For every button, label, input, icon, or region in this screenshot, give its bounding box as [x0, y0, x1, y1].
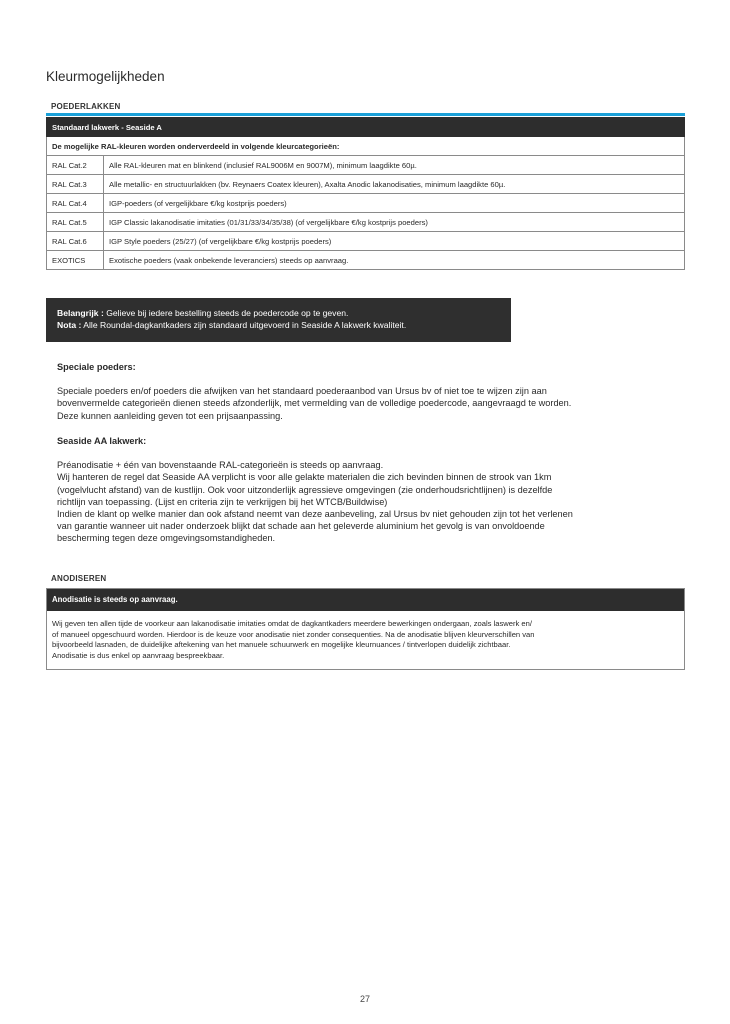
important-line: Belangrijk : Gelieve bij iedere bestelli…: [57, 307, 511, 319]
speciale-poeders-section: Speciale poeders: Speciale poeders en/of…: [57, 361, 687, 422]
anodiseren-box: Anodisatie is steeds op aanvraag. Wij ge…: [46, 588, 685, 670]
nota-label: Nota :: [57, 320, 81, 330]
important-text: Gelieve bij iedere bestelling steeds de …: [104, 308, 349, 318]
anodiseren-box-title: Anodisatie is steeds op aanvraag.: [47, 589, 684, 611]
table-row: EXOTICS Exotische poeders (vaak onbekend…: [47, 251, 685, 270]
paragraph-line: bijvoorbeeld lasnaden, de duidelijke aft…: [52, 640, 679, 651]
paragraph-line: Speciale poeders en/of poeders die afwij…: [57, 385, 687, 397]
important-note-box: Belangrijk : Gelieve bij iedere bestelli…: [46, 298, 511, 342]
table-header-row: Standaard lakwerk - Seaside A: [47, 118, 685, 137]
paragraph-line: Wij hanteren de regel dat Seaside AA ver…: [57, 471, 687, 483]
table-title: Standaard lakwerk - Seaside A: [47, 118, 685, 137]
paragraph-line: van garantie wanneer uit nader onderzoek…: [57, 520, 687, 532]
category-cell: RAL Cat.5: [47, 213, 104, 232]
ral-category-table: Standaard lakwerk - Seaside A De mogelij…: [46, 117, 685, 270]
description-cell: Exotische poeders (vaak onbekende levera…: [104, 251, 685, 270]
paragraph-line: Anodisatie is dus enkel op aanvraag besp…: [52, 651, 679, 662]
nota-text: Alle Roundal-dagkantkaders zijn standaar…: [81, 320, 406, 330]
paragraph-line: Wij geven ten allen tijde de voorkeur aa…: [52, 619, 679, 630]
speciale-poeders-heading: Speciale poeders:: [57, 361, 687, 373]
category-cell: RAL Cat.4: [47, 194, 104, 213]
description-cell: IGP-poeders (of vergelijkbare €/kg kostp…: [104, 194, 685, 213]
description-cell: IGP Style poeders (25/27) (of vergelijkb…: [104, 232, 685, 251]
category-cell: RAL Cat.2: [47, 156, 104, 175]
paragraph-line: richtlijn van toepassing. (Lijst en crit…: [57, 496, 687, 508]
table-row: RAL Cat.2 Alle RAL-kleuren mat en blinke…: [47, 156, 685, 175]
anodiseren-box-body: Wij geven ten allen tijde de voorkeur aa…: [47, 611, 684, 669]
table-row: RAL Cat.4 IGP-poeders (of vergelijkbare …: [47, 194, 685, 213]
seaside-aa-section: Seaside AA lakwerk: Préanodisatie + één …: [57, 435, 687, 545]
paragraph-line: bovenvermelde categorieën dienen steeds …: [57, 397, 687, 409]
table-row: RAL Cat.3 Alle metallic- en structuurlak…: [47, 175, 685, 194]
description-cell: Alle RAL-kleuren mat en blinkend (inclus…: [104, 156, 685, 175]
paragraph-line: (vogelvlucht afstand) van de kustlijn. O…: [57, 484, 687, 496]
description-cell: IGP Classic lakanodisatie imitaties (01/…: [104, 213, 685, 232]
section-label-poederlakken: POEDERLAKKEN: [51, 102, 121, 111]
accent-divider: [46, 113, 685, 116]
table-subtitle-row: De mogelijke RAL-kleuren worden onderver…: [47, 137, 685, 156]
category-cell: EXOTICS: [47, 251, 104, 270]
paragraph-line: bescherming tegen deze omgevingsomstandi…: [57, 532, 687, 544]
paragraph-line: Indien de klant op welke manier dan ook …: [57, 508, 687, 520]
table-row: RAL Cat.5 IGP Classic lakanodisatie imit…: [47, 213, 685, 232]
nota-line: Nota : Alle Roundal-dagkantkaders zijn s…: [57, 319, 511, 331]
table-subtitle: De mogelijke RAL-kleuren worden onderver…: [47, 137, 685, 156]
section-label-anodiseren: ANODISEREN: [51, 574, 106, 583]
description-cell: Alle metallic- en structuurlakken (bv. R…: [104, 175, 685, 194]
paragraph-line: Préanodisatie + één van bovenstaande RAL…: [57, 459, 687, 471]
paragraph-line: Deze kunnen aanleiding geven tot een pri…: [57, 410, 687, 422]
table-row: RAL Cat.6 IGP Style poeders (25/27) (of …: [47, 232, 685, 251]
seaside-aa-heading: Seaside AA lakwerk:: [57, 435, 687, 447]
paragraph-line: of manueel opgeschuurd worden. Hierdoor …: [52, 630, 679, 641]
important-label: Belangrijk :: [57, 308, 104, 318]
page-title: Kleurmogelijkheden: [46, 69, 165, 84]
category-cell: RAL Cat.6: [47, 232, 104, 251]
category-cell: RAL Cat.3: [47, 175, 104, 194]
page-number: 27: [0, 994, 730, 1004]
